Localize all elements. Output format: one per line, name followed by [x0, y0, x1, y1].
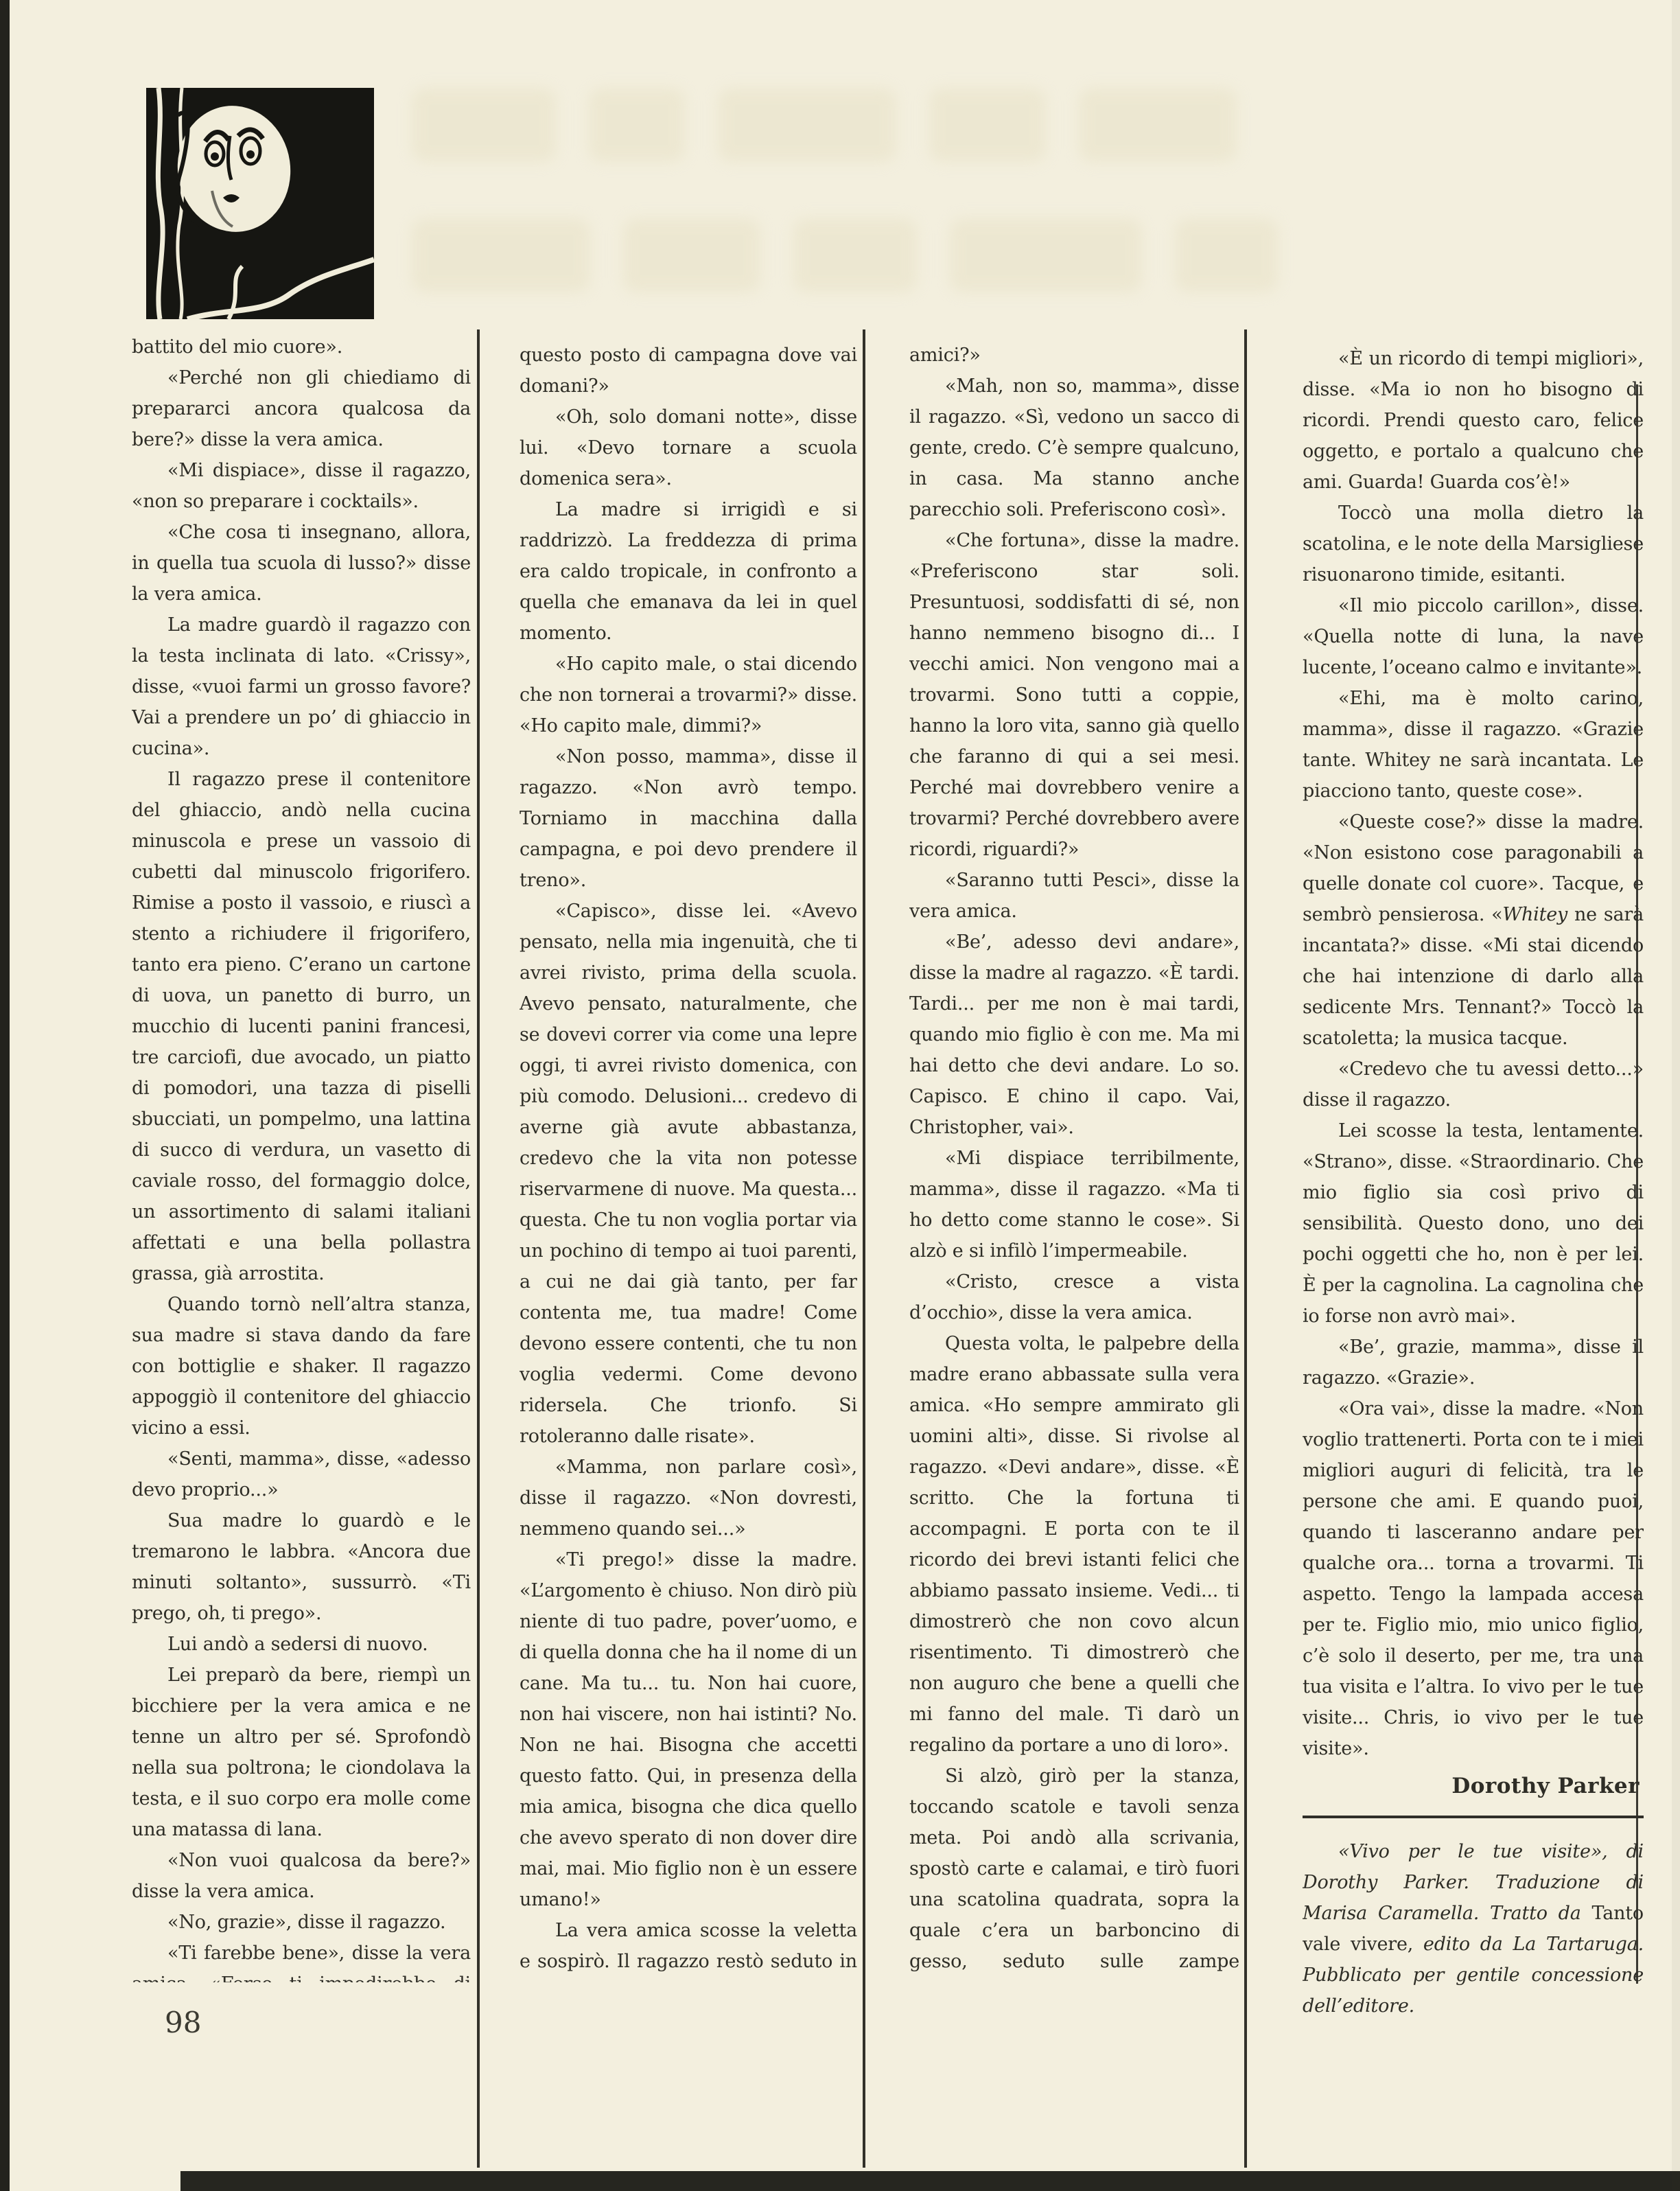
ghost-line	[412, 88, 1237, 162]
paragraph: La vera amica scosse la veletta e sospir…	[520, 1915, 857, 1984]
text-run: Quando tornò nell’altra stanza, sua madr…	[132, 1294, 471, 1439]
column-rule-3	[1244, 329, 1247, 2168]
paragraph: «Il mio piccolo carillon», disse. «Quell…	[1303, 590, 1644, 683]
text-run: «Non vuoi qualcosa da bere?» disse la ve…	[132, 1850, 471, 1902]
paragraph: Lei preparò da bere, riempì un bicchiere…	[132, 1660, 471, 1845]
text-run: «Capisco», disse lei. «Avevo pensato, ne…	[520, 901, 857, 1447]
text-run: «Be’, grazie, mamma», disse il ragazzo. …	[1303, 1336, 1644, 1389]
ghost-blob	[412, 88, 556, 162]
paragraph: «È un ricordo di tempi migliori», disse.…	[1303, 343, 1644, 498]
paragraph: «Non vuoi qualcosa da bere?» disse la ve…	[132, 1845, 471, 1907]
text-run: «È un ricordo di tempi migliori», disse.…	[1303, 348, 1644, 493]
author-byline: Dorothy Parker	[1303, 1771, 1644, 1802]
ghost-blob	[950, 218, 1142, 292]
text-run: amici?»	[909, 345, 981, 366]
ghost-blob	[1079, 88, 1237, 162]
paragraph: «Queste cose?» disse la madre. «Non esis…	[1303, 807, 1644, 1054]
paragraph: «Non posso, mamma», disse il ragazzo. «N…	[520, 741, 857, 896]
text-run: «Saranno tutti Pesci», disse la vera ami…	[909, 870, 1239, 922]
text-run: «Che cosa ti insegnano, allora, in quell…	[132, 522, 471, 605]
ghost-blob	[412, 218, 590, 292]
paragraph: Il ragazzo prese il contenitore del ghia…	[132, 764, 471, 1289]
ghost-blob	[589, 88, 685, 162]
paragraph: «Mamma, non parlare così», disse il raga…	[520, 1452, 857, 1544]
paragraph: «Mah, non so, mamma», disse il ragazzo. …	[909, 371, 1239, 525]
text-run: «Mi dispiace», disse il ragazzo, «non so…	[132, 460, 471, 512]
paragraph: «Capisco», disse lei. «Avevo pensato, ne…	[520, 896, 857, 1452]
text-run: «Il mio piccolo carillon», disse. «Quell…	[1303, 595, 1644, 678]
byline-divider	[1303, 1816, 1644, 1818]
ghost-blob	[793, 218, 917, 292]
text-run: «Ho capito male, o stai dicendo che non …	[520, 653, 857, 737]
paragraph: Sua madre lo guardò e le tremarono le la…	[132, 1505, 471, 1629]
paragraph: La madre si irrigidì e si raddrizzò. La …	[520, 494, 857, 649]
text-run: «Credevo che tu avessi detto...» disse i…	[1303, 1058, 1644, 1111]
text-column-3: amici?»«Mah, non so, mamma», disse il ra…	[909, 340, 1239, 1984]
text-run: «Ti prego!» disse la madre. «L’argomento…	[520, 1549, 857, 1910]
woodcut-illustration	[146, 88, 374, 319]
paragraph: «Oh, solo domani notte», disse lui. «Dev…	[520, 402, 857, 494]
source-note: «Vivo per le tue visite», di Dorothy Par…	[1303, 1836, 1644, 2021]
paragraph: La madre guardò il ragazzo con la testa …	[132, 610, 471, 764]
paragraph: «Saranno tutti Pesci», disse la vera ami…	[909, 865, 1239, 927]
showthrough-ghost-marks	[412, 88, 1448, 314]
text-run: Sua madre lo guardò e le tremarono le la…	[132, 1510, 471, 1624]
ghost-blob	[1175, 218, 1278, 292]
ghost-blob	[623, 218, 760, 292]
text-run: Si alzò, girò per la stanza, toccando sc…	[909, 1765, 1239, 1984]
text-run: «Senti, mamma», disse, «adesso devo prop…	[132, 1448, 471, 1500]
paragraph: «Mi dispiace», disse il ragazzo, «non so…	[132, 455, 471, 517]
text-run: «Perché non gli chiediamo di prepararci …	[132, 367, 471, 450]
text-run: «Ehi, ma è molto carino, mamma», disse i…	[1303, 688, 1644, 802]
story-text-column-4: «È un ricordo di tempi migliori», disse.…	[1303, 343, 1644, 1764]
paragraph: «Perché non gli chiediamo di prepararci …	[132, 362, 471, 455]
paragraph: «No, grazie», disse il ragazzo.	[132, 1907, 471, 1938]
ghost-blob	[718, 88, 896, 162]
text-run: «Mah, non so, mamma», disse il ragazzo. …	[909, 375, 1239, 520]
text-run: Questa volta, le palpebre della madre er…	[909, 1333, 1239, 1756]
paragraph: Quando tornò nell’altra stanza, sua madr…	[132, 1289, 471, 1444]
text-run: ne sarà incantata?» disse. «Mi stai dice…	[1303, 904, 1644, 1049]
text-run: «Non posso, mamma», disse il ragazzo. «N…	[520, 746, 857, 891]
paragraph: «Ora vai», disse la madre. «Non voglio t…	[1303, 1393, 1644, 1764]
text-run: «Ti farebbe bene», disse la vera amica. …	[132, 1943, 471, 1982]
text-run: Lei preparò da bere, riempì un bicchiere…	[132, 1665, 471, 1840]
paragraph: «Ho capito male, o stai dicendo che non …	[520, 649, 857, 741]
paragraph: Si alzò, girò per la stanza, toccando sc…	[909, 1761, 1239, 1984]
paragraph: «Credevo che tu avessi detto...» disse i…	[1303, 1054, 1644, 1115]
scan-edge-right	[1672, 0, 1680, 2191]
paragraph: Lei scosse la testa, lentamente. «Strano…	[1303, 1115, 1644, 1332]
text-column-4: «È un ricordo di tempi migliori», disse.…	[1303, 343, 1644, 2142]
page-number: 98	[165, 2006, 201, 2039]
ghost-line	[412, 218, 1278, 292]
text-run: Lei scosse la testa, lentamente. «Strano…	[1303, 1120, 1644, 1327]
paragraph: «Be’, adesso devi andare», disse la madr…	[909, 927, 1239, 1143]
paragraph: «Vivo per le tue visite», di Dorothy Par…	[1303, 1836, 1644, 2021]
text-run: «Oh, solo domani notte», disse lui. «Dev…	[520, 406, 857, 489]
paragraph: «Senti, mamma», disse, «adesso devo prop…	[132, 1444, 471, 1505]
text-run: battito del mio cuore».	[132, 336, 342, 358]
text-run: Lui andò a sedersi di nuovo.	[167, 1634, 428, 1655]
italic-text-run: Whitey	[1502, 904, 1567, 925]
text-run: Toccò una molla dietro la scatolina, e l…	[1303, 502, 1644, 586]
paragraph: «Cristo, cresce a vista d’occhio», disse…	[909, 1266, 1239, 1328]
text-run: questo posto di campagna dove vai domani…	[520, 345, 857, 397]
text-run: La vera amica scosse la veletta e sospir…	[520, 1920, 857, 1984]
text-run: «Mamma, non parlare così», disse il raga…	[520, 1457, 857, 1540]
paragraph: «Ti farebbe bene», disse la vera amica. …	[132, 1938, 471, 1982]
paragraph: «Ehi, ma è molto carino, mamma», disse i…	[1303, 683, 1644, 807]
text-run: «Mi dispiace terribilmente, mamma», diss…	[909, 1148, 1239, 1262]
scan-edge-bottom	[180, 2171, 1680, 2191]
paragraph: amici?»	[909, 340, 1239, 371]
paragraph: «Ti prego!» disse la madre. «L’argomento…	[520, 1544, 857, 1915]
text-run: La madre guardò il ragazzo con la testa …	[132, 614, 471, 759]
magazine-page: battito del mio cuore».«Perché non gli c…	[0, 0, 1680, 2191]
paragraph: «Che cosa ti insegnano, allora, in quell…	[132, 517, 471, 610]
text-run: «Che fortuna», disse la madre. «Preferis…	[909, 530, 1239, 860]
column-rule-1	[477, 329, 480, 2168]
paragraph: Toccò una molla dietro la scatolina, e l…	[1303, 498, 1644, 590]
text-column-1: battito del mio cuore».«Perché non gli c…	[132, 332, 471, 1982]
text-run: «Cristo, cresce a vista d’occhio», disse…	[909, 1271, 1239, 1323]
scan-edge-left	[0, 0, 10, 2191]
text-run: «Be’, adesso devi andare», disse la madr…	[909, 931, 1239, 1138]
paragraph: «Be’, grazie, mamma», disse il ragazzo. …	[1303, 1332, 1644, 1393]
column-rule-2	[863, 329, 865, 2168]
paragraph: battito del mio cuore».	[132, 332, 471, 362]
paragraph: questo posto di campagna dove vai domani…	[520, 340, 857, 402]
text-column-2: questo posto di campagna dove vai domani…	[520, 340, 857, 1984]
paragraph: Lui andò a sedersi di nuovo.	[132, 1629, 471, 1660]
text-run: «No, grazie», disse il ragazzo.	[167, 1912, 445, 1933]
text-run: Il ragazzo prese il contenitore del ghia…	[132, 769, 471, 1284]
paragraph: Questa volta, le palpebre della madre er…	[909, 1328, 1239, 1761]
paragraph: «Mi dispiace terribilmente, mamma», diss…	[909, 1143, 1239, 1266]
text-run: «Ora vai», disse la madre. «Non voglio t…	[1303, 1398, 1644, 1759]
text-run: La madre si irrigidì e si raddrizzò. La …	[520, 499, 857, 644]
paragraph: «Che fortuna», disse la madre. «Preferis…	[909, 525, 1239, 865]
ghost-blob	[929, 88, 1046, 162]
